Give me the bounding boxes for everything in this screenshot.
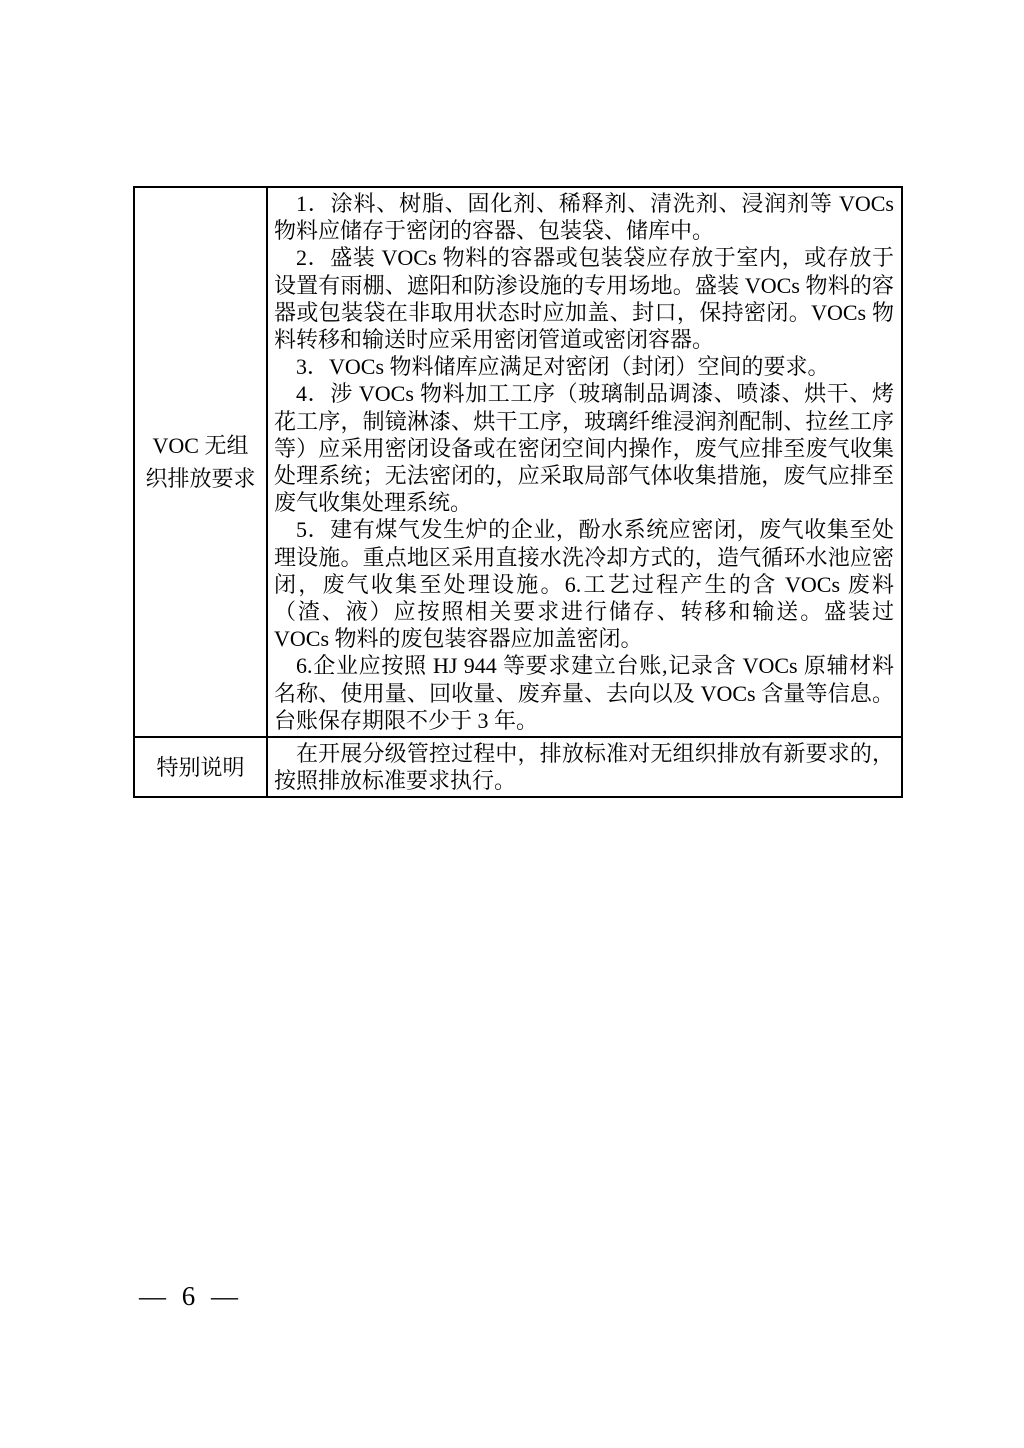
table-row-special-note: 特别说明 在开展分级管控过程中，排放标准对无组织排放有新要求的，按照排放标准要求… [134,737,902,797]
row-header-special-note-line1: 特别说明 [137,751,264,784]
row-header-voc-line2: 织排放要求 [137,462,264,495]
document-page: VOC 无组 织排放要求 1．涂料、树脂、固化剂、稀释剂、清洗剂、浸润剂等 VO… [0,0,1024,1448]
row-header-special-note: 特别说明 [134,737,267,797]
special-note-content: 在开展分级管控过程中，排放标准对无组织排放有新要求的，按照排放标准要求执行。 [267,737,902,797]
requirement-paragraph-1: 1．涂料、树脂、固化剂、稀释剂、清洗剂、浸润剂等 VOCs 物料应储存于密闭的容… [274,190,894,244]
voc-requirements-table: VOC 无组 织排放要求 1．涂料、树脂、固化剂、稀释剂、清洗剂、浸润剂等 VO… [133,186,903,798]
requirement-paragraph-3: 3．VOCs 物料储库应满足对密闭（封闭）空间的要求。 [274,353,894,380]
page-number: — 6 — [139,1281,238,1311]
row-header-voc: VOC 无组 织排放要求 [134,187,267,737]
table-row-voc-requirements: VOC 无组 织排放要求 1．涂料、树脂、固化剂、稀释剂、清洗剂、浸润剂等 VO… [134,187,902,737]
requirement-paragraph-4: 4．涉 VOCs 物料加工工序（玻璃制品调漆、喷漆、烘干、烤花工序，制镜淋漆、烘… [274,380,894,516]
requirement-paragraph-6: 6.企业应按照 HJ 944 等要求建立台账,记录含 VOCs 原辅材料名称、使… [274,652,894,734]
requirement-paragraph-5: 5．建有煤气发生炉的企业，酚水系统应密闭，废气收集至处理设施。重点地区采用直接水… [274,516,894,652]
requirement-paragraph-2: 2．盛装 VOCs 物料的容器或包装袋应存放于室内，或存放于设置有雨棚、遮阳和防… [274,244,894,353]
row-header-voc-line1: VOC 无组 [137,429,264,462]
voc-requirements-content: 1．涂料、树脂、固化剂、稀释剂、清洗剂、浸润剂等 VOCs 物料应储存于密闭的容… [267,187,902,737]
special-note-paragraph: 在开展分级管控过程中，排放标准对无组织排放有新要求的，按照排放标准要求执行。 [274,740,894,794]
